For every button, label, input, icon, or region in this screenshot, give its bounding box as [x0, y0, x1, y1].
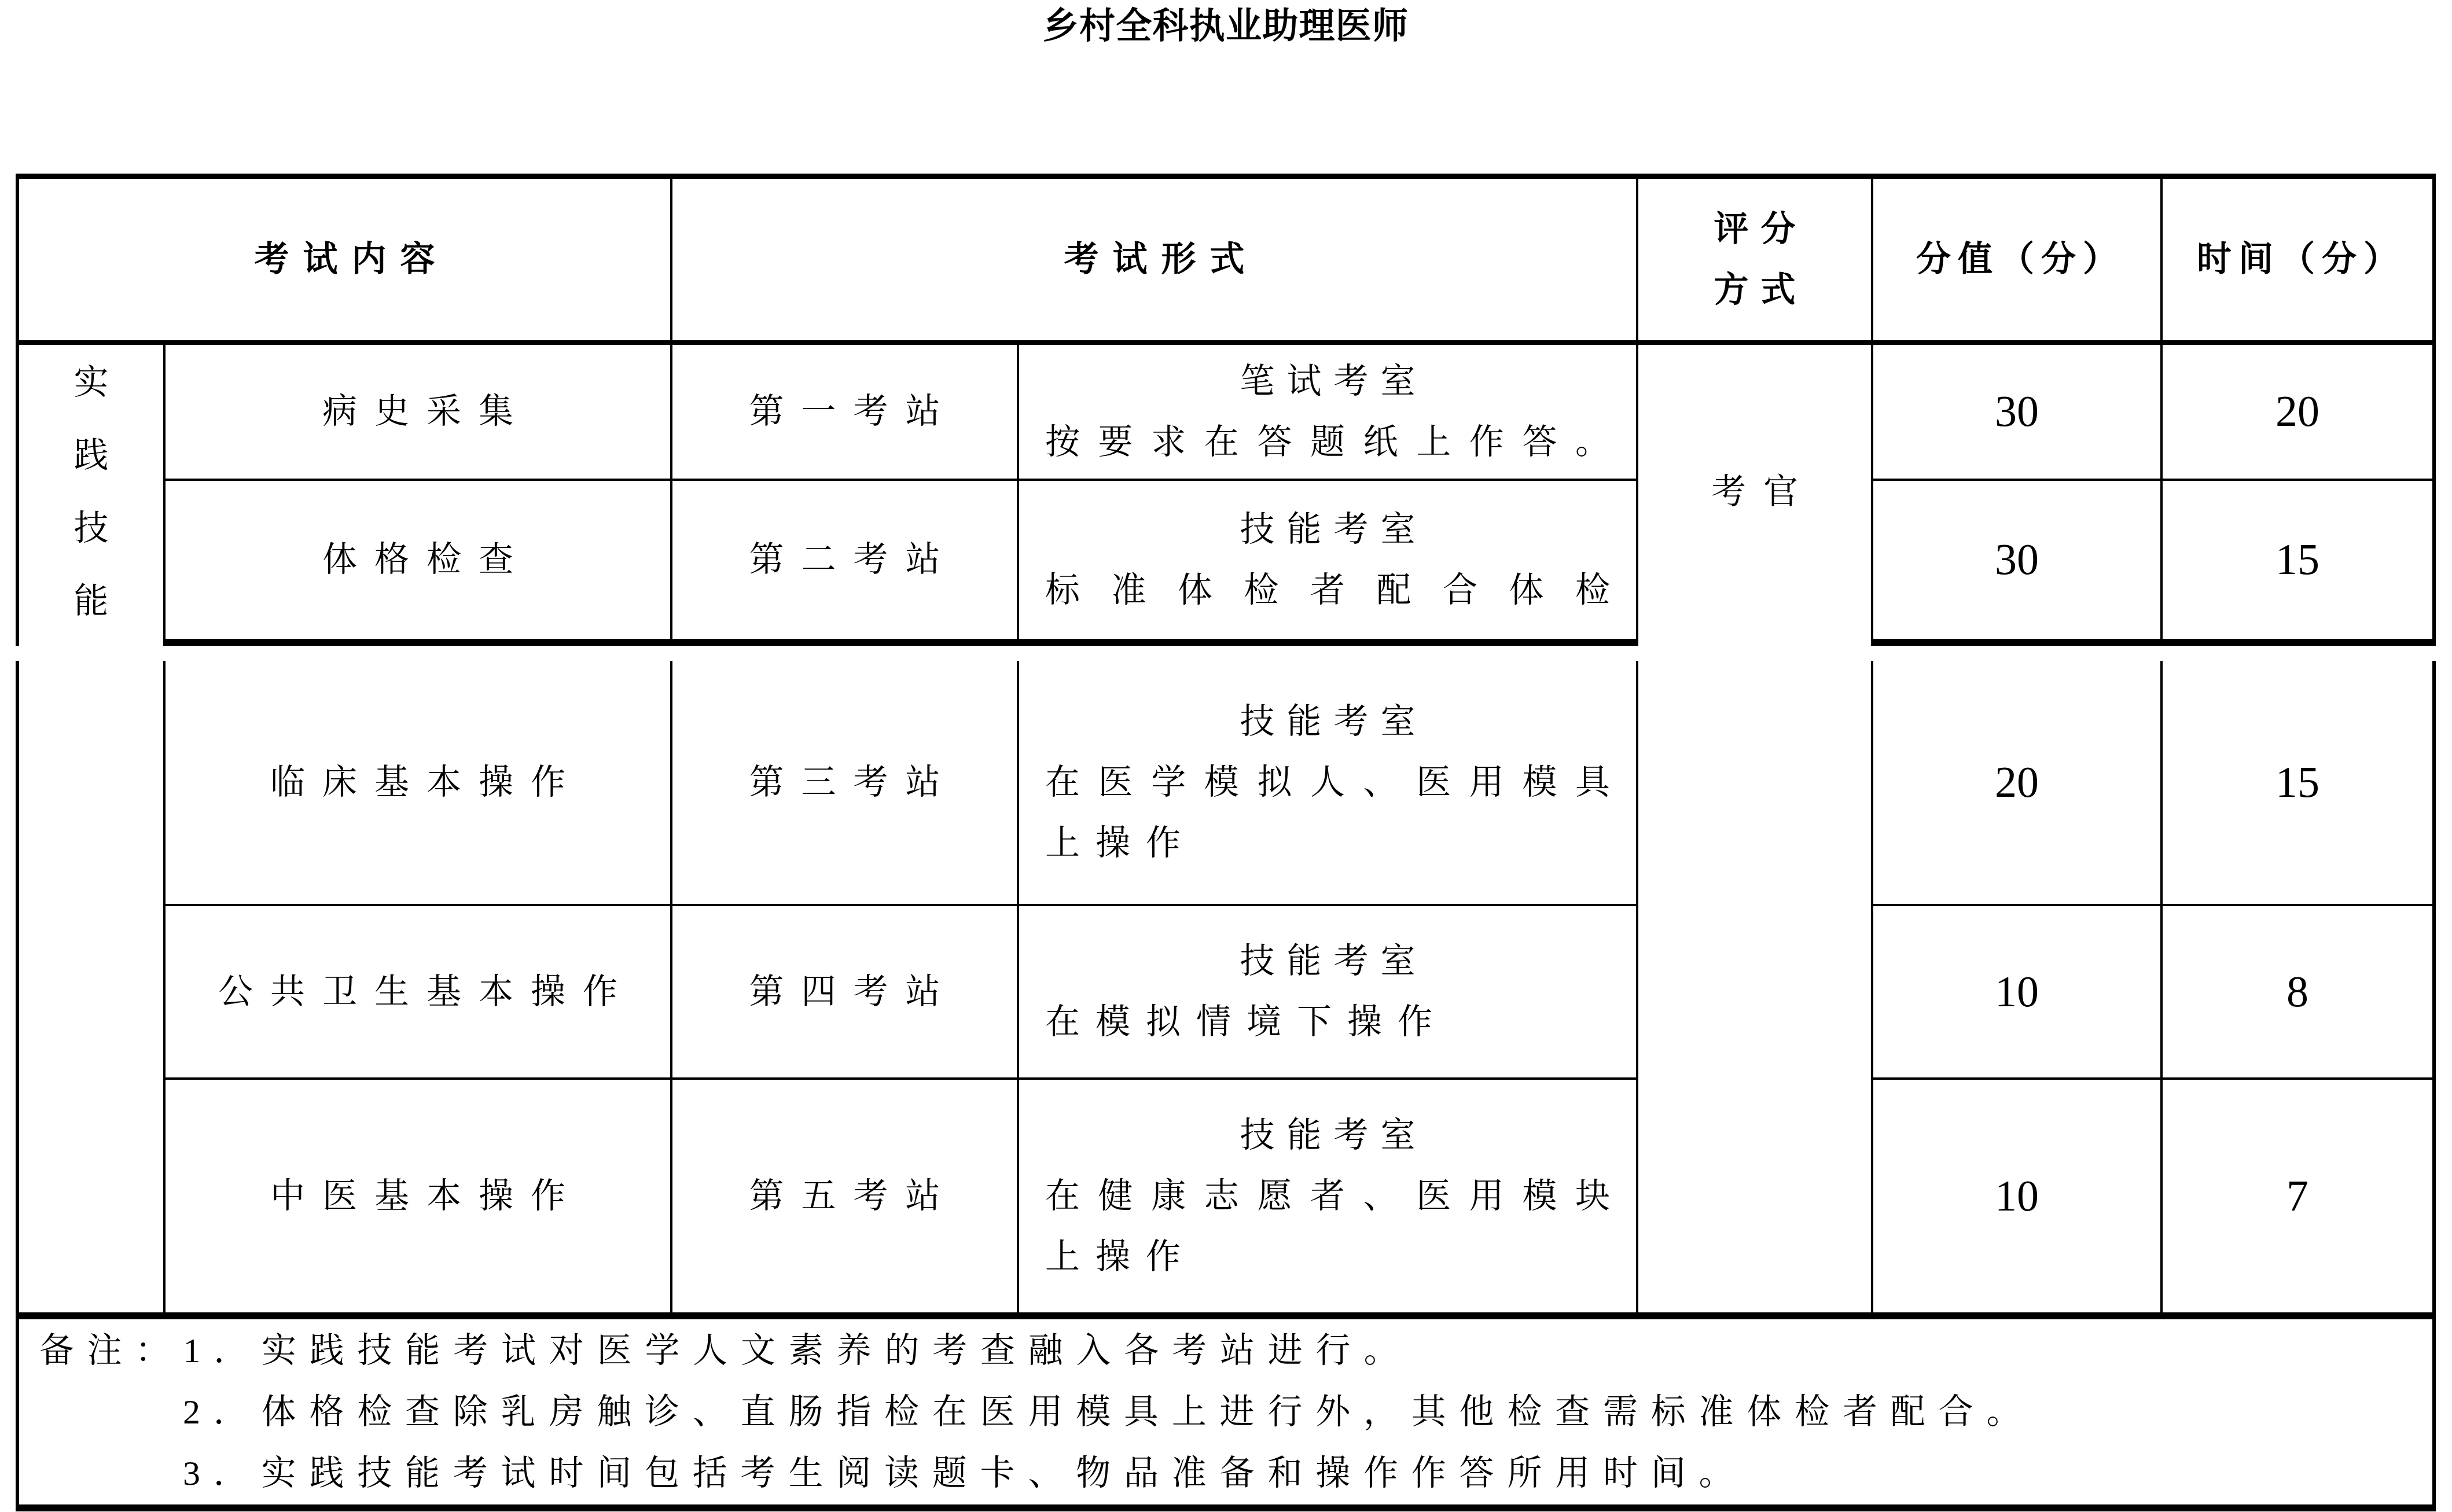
note-line-2: 2．体格检查除乳房触诊、直肠指检在医用模具上进行外，其他检查需标准体检者配合。 — [183, 1381, 2432, 1443]
header-exam-content: 考试内容 — [19, 179, 670, 340]
row5-station: 第五考站 — [672, 1080, 1017, 1312]
section-label-cell: 实践技能 — [19, 345, 163, 639]
notes-box: 备注：1．实践技能考试对医学人文素养的考查融入各考站进行。 2．体格检查除乳房触… — [19, 1319, 2432, 1504]
row3-form-detail: 技能考室 在医学模拟人、医用模具 上操作 — [1019, 661, 1636, 904]
row1-score: 30 — [1873, 345, 2160, 479]
header-bottom-border — [16, 340, 2436, 345]
row4-time: 8 — [2163, 906, 2432, 1077]
row4-name: 公共卫生基本操作 — [166, 906, 670, 1077]
row2-time: 15 — [2163, 481, 2432, 639]
section-label: 实践技能 — [72, 346, 111, 638]
row1-form-detail: 笔试考室 按要求在答题纸上作答。 — [1019, 345, 1636, 479]
section-split-border-b — [1873, 639, 2436, 646]
outer-border-right-bottom — [2432, 661, 2436, 1511]
row4-score: 10 — [1873, 906, 2160, 1077]
row2-station: 第二考站 — [672, 481, 1017, 639]
section-split-border — [163, 639, 1636, 646]
row4-form-detail: 技能考室 在模拟情境下操作 — [1019, 906, 1636, 1077]
row1-name: 病史采集 — [166, 345, 670, 479]
notes-label: 备注： — [39, 1331, 183, 1370]
row5-name: 中医基本操作 — [166, 1080, 670, 1312]
table-border-bottom — [16, 1312, 2436, 1319]
outer-border-right-top — [2432, 174, 2436, 646]
row2-score: 30 — [1873, 481, 2160, 639]
row5-form-detail: 技能考室 在健康志愿者、医用模块 上操作 — [1019, 1080, 1636, 1312]
header-time: 时间（分） — [2163, 179, 2432, 340]
row1-time: 20 — [2163, 345, 2432, 479]
table-border-top — [16, 174, 2436, 179]
row2-name: 体格检查 — [166, 481, 670, 639]
note-line-3: 3．实践技能考试时间包括考生阅读题卡、物品准备和操作作答所用时间。 — [183, 1443, 2432, 1504]
row4-station: 第四考站 — [672, 906, 1017, 1077]
notes-border-bottom — [16, 1504, 2436, 1511]
row5-time: 7 — [2163, 1080, 2432, 1312]
examiner-label: 考官 — [1711, 462, 1815, 523]
row3-station: 第三考站 — [672, 661, 1017, 904]
row1-station: 第一考站 — [672, 345, 1017, 479]
row3-name: 临床基本操作 — [166, 661, 670, 904]
row2-form-detail: 技能考室 标准体检者配合体检 — [1019, 481, 1636, 639]
header-exam-form: 考试形式 — [672, 179, 1636, 340]
header-score: 分值（分） — [1873, 179, 2160, 340]
row3-score: 20 — [1873, 661, 2160, 904]
note-line-1: 备注：1．实践技能考试对医学人文素养的考查融入各考站进行。 — [39, 1320, 2432, 1381]
page-title: 乡村全科执业助理医师 — [16, 3, 2436, 50]
document-page: { "title": "乡村全科执业助理医师", "table": { "hea… — [0, 0, 2452, 1512]
examiner-cell: 考官 — [1638, 345, 1871, 639]
row3-time: 15 — [2163, 661, 2432, 904]
col-border-d2 — [1636, 661, 1638, 1312]
row5-score: 10 — [1873, 1080, 2160, 1312]
header-scoring-method: 评分 方式 — [1638, 179, 1871, 340]
